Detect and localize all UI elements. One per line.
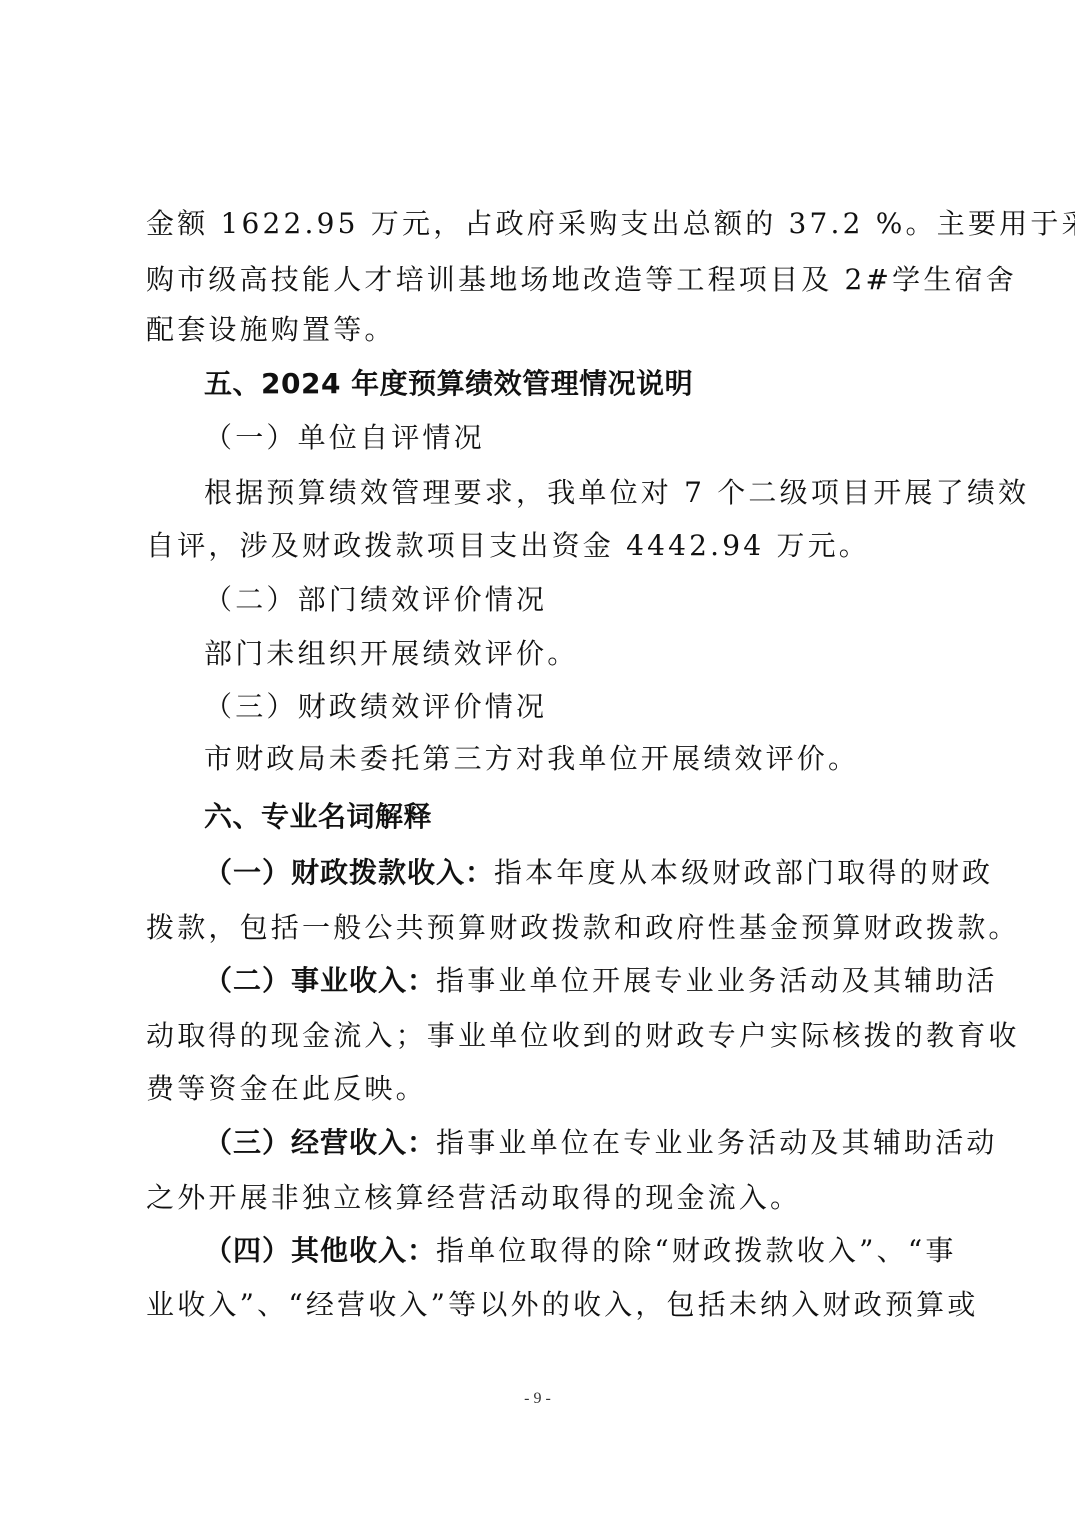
term-text: 指本年度从本级财政部门取得的财政 <box>494 856 993 889</box>
body-text-line: 自评，涉及财政拨款项目支出资金 4442.94 万元。 <box>146 528 870 564</box>
page-number: - 9 - <box>0 1390 1075 1408</box>
body-text-line: 根据预算绩效管理要求，我单位对 7 个二级项目开展了绩效 <box>204 475 1029 511</box>
section-heading: 五、2024 年度预算绩效管理情况说明 <box>204 366 693 402</box>
term-label: （二）事业收入： <box>204 964 436 997</box>
section-heading: 六、专业名词解释 <box>204 799 432 835</box>
term-text: 指事业单位在专业业务活动及其辅助活动 <box>436 1126 998 1159</box>
term-label: （四）其他收入： <box>204 1234 436 1267</box>
body-text-line: 之外开展非独立核算经营活动取得的现金流入。 <box>146 1180 801 1216</box>
body-text-line: 动取得的现金流入；事业单位收到的财政专户实际核拨的教育收 <box>146 1018 1020 1054</box>
term-definition: （二）事业收入：指事业单位开展专业业务活动及其辅助活 <box>204 963 998 999</box>
body-text-line: 金额 1622.95 万元，占政府采购支出总额的 37.2 %。主要用于采 <box>146 206 1075 242</box>
term-label: （一）财政拨款收入： <box>204 856 494 889</box>
term-text: 指单位取得的除“财政拨款收入”、“事 <box>436 1234 957 1267</box>
body-text-line: 拨款，包括一般公共预算财政拨款和政府性基金预算财政拨款。 <box>146 910 1020 946</box>
subsection-heading: （一）单位自评情况 <box>204 420 485 456</box>
term-definition: （三）经营收入：指事业单位在专业业务活动及其辅助活动 <box>204 1125 998 1161</box>
body-text-line: 购市级高技能人才培训基地场地改造等工程项目及 2#学生宿舍 <box>146 262 1017 298</box>
body-text-line: 配套设施购置等。 <box>146 312 396 348</box>
body-text-line: 业收入”、“经营收入”等以外的收入，包括未纳入财政预算或 <box>146 1287 979 1323</box>
subsection-heading: （二）部门绩效评价情况 <box>204 582 547 618</box>
body-text-line: 部门未组织开展绩效评价。 <box>204 636 578 672</box>
term-text: 指事业单位开展专业业务活动及其辅助活 <box>436 964 998 997</box>
term-definition: （一）财政拨款收入：指本年度从本级财政部门取得的财政 <box>204 855 993 891</box>
body-text-line: 市财政局未委托第三方对我单位开展绩效评价。 <box>204 741 859 777</box>
body-text-line: 费等资金在此反映。 <box>146 1071 427 1107</box>
term-label: （三）经营收入： <box>204 1126 436 1159</box>
term-definition: （四）其他收入：指单位取得的除“财政拨款收入”、“事 <box>204 1233 957 1269</box>
subsection-heading: （三）财政绩效评价情况 <box>204 689 547 725</box>
